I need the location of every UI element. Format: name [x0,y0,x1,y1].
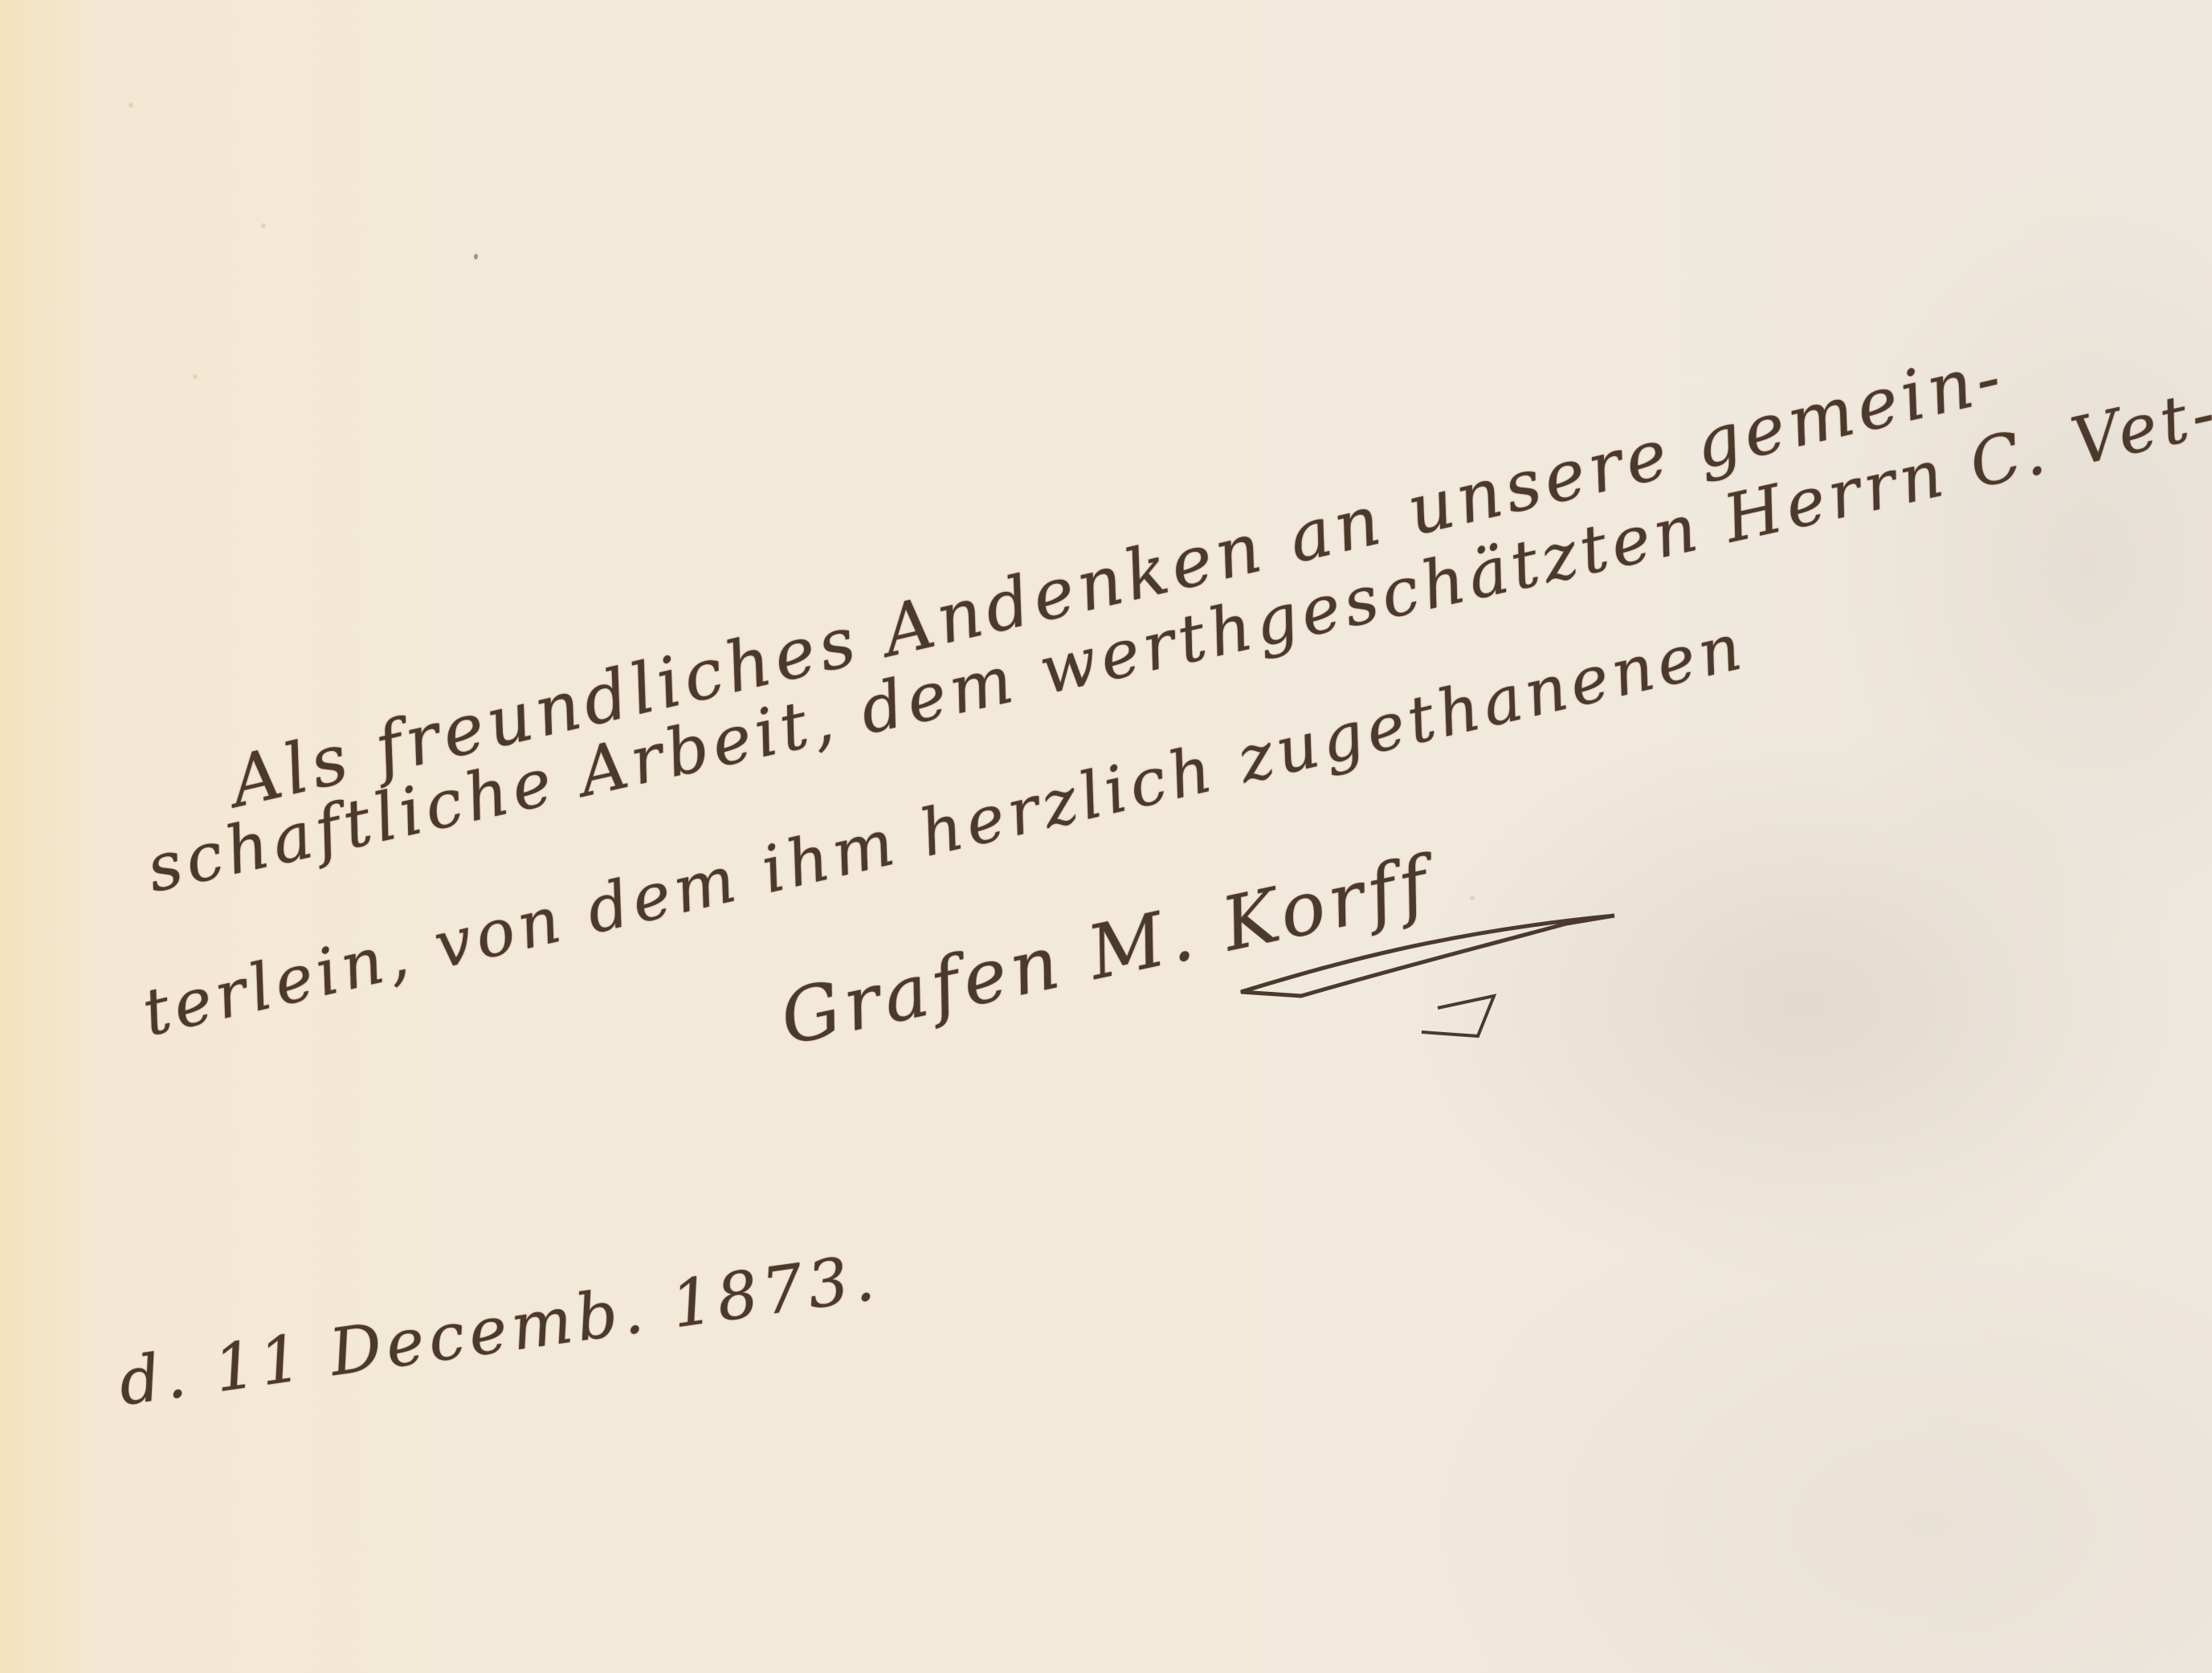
signature-flourish [1237,900,1622,1060]
paper-stain [261,223,266,228]
date-line: d. 11 Decemb. 1873. [114,1239,884,1420]
paper-stain [129,103,133,108]
manuscript-page: Als freundliches Andenken an unsere geme… [0,0,2212,1673]
dedication-line-2: schaftliche Arbeit, dem werthgeschätzten… [140,374,2212,908]
paper-stain [193,374,198,379]
ink-speck [474,254,478,259]
